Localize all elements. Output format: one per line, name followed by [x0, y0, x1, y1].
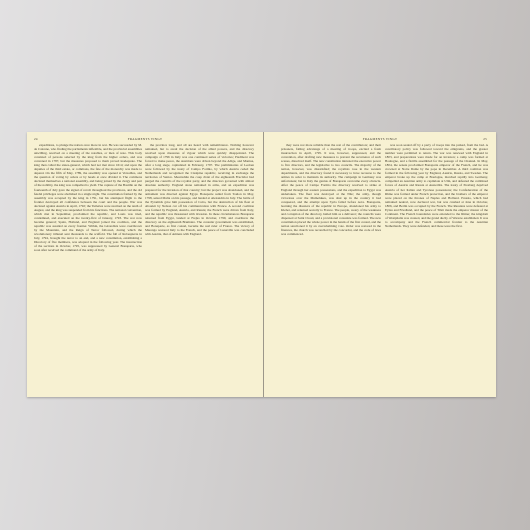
right-page-column-1: they were not more reliable than the res… — [281, 143, 381, 392]
right-page: Fragments Vingt 25 they were not more re… — [264, 132, 496, 397]
left-page: 24 Fragments Vingt expeditions, to plung… — [27, 132, 263, 397]
right-page-number: 25 — [483, 137, 487, 141]
paragraph: expeditions, to plunge the nation once m… — [34, 143, 142, 252]
paragraph: they were not more reliable than the res… — [281, 143, 381, 236]
left-page-column-1: expeditions, to plunge the nation once m… — [34, 143, 142, 392]
left-page-column-2: the province long, and all are heard wit… — [145, 143, 254, 392]
book-spread-poster: 24 Fragments Vingt expeditions, to plung… — [27, 132, 496, 397]
paragraph: was soon sealed off by a party of troops… — [385, 143, 488, 228]
right-running-title: Fragments Vingt — [264, 137, 496, 141]
paragraph: the province long, and all are heard wit… — [145, 143, 254, 236]
left-running-title: Fragments Vingt — [27, 137, 263, 141]
right-page-column-2: was soon sealed off by a party of troops… — [385, 143, 488, 392]
